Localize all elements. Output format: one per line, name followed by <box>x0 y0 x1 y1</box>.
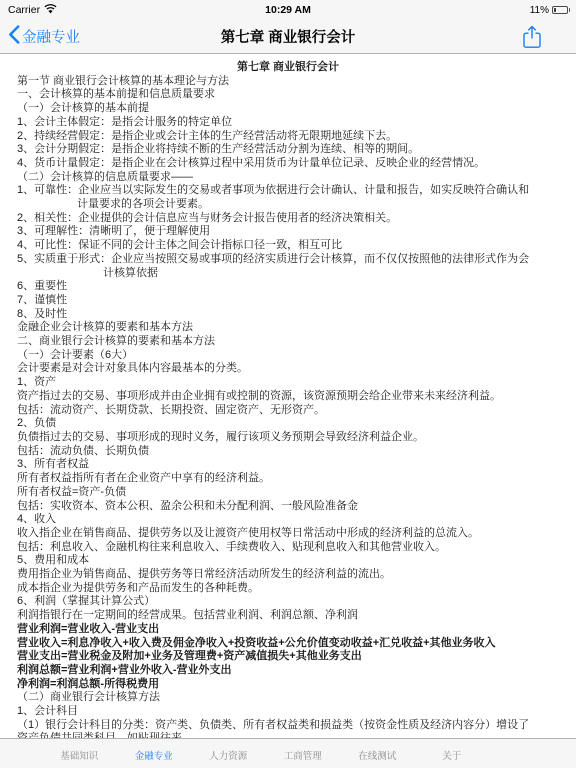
doc-line: 2、相关性：企业提供的会计信息应当与财务会计报告使用者的经济决策相关。 <box>17 212 570 226</box>
doc-line: （1）银行会计科目的分类：资产类、负债类、所有者权益类和损益类（按资金性质及经济… <box>17 719 570 733</box>
doc-line: 包括：流动负债、长期负债 <box>17 445 570 459</box>
share-icon <box>522 36 542 53</box>
doc-line: 2、负债 <box>17 417 570 431</box>
share-button[interactable] <box>522 25 542 49</box>
doc-line: 二、商业银行会计核算的要素和基本方法 <box>17 335 570 349</box>
tab-items: 基础知识金融专业人力资源工商管理在线测试关于 <box>42 739 489 768</box>
doc-line: 3、所有者权益 <box>17 458 570 472</box>
doc-line: 费用指企业为销售商品、提供劳务等日常经济活动所发生的经济利益的流出。 <box>17 568 570 582</box>
doc-line: 金融企业会计核算的要素和基本方法 <box>17 321 570 335</box>
doc-line: 包括：利息收入、金融机构往来利息收入、手续费收入、贴现利息收入和其他营业收入。 <box>17 541 570 555</box>
doc-line: （一）会计要素（6大） <box>17 349 570 363</box>
doc-line: 4、可比性：保证不同的会计主体之间会计指标口径一致，相互可比 <box>17 239 570 253</box>
doc-line: 5、费用和成本 <box>17 554 570 568</box>
doc-line: 计核算依据 <box>103 267 570 281</box>
doc-line: 负债指过去的交易、事项形成的现时义务，履行该项义务预期会导致经济利益企业。 <box>17 431 570 445</box>
doc-line: 7、谨慎性 <box>17 294 570 308</box>
tab-item-2[interactable]: 人力资源 <box>191 748 266 768</box>
document-scroll-area[interactable]: 第七章 商业银行会计第一节 商业银行会计核算的基本理论与方法一、会计核算的基本前… <box>0 54 576 738</box>
doc-line: 会计要素是对会计对象具体内容最基本的分类。 <box>17 362 570 376</box>
doc-line: 1、资产 <box>17 376 570 390</box>
doc-line: 3、会计分期假定：是指企业将持续不断的生产经营活动分割为连续、相等的期间。 <box>17 143 570 157</box>
doc-line: 资产指过去的交易、事项形成并由企业拥有或控制的资源，该资源预期会给企业带来未来经… <box>17 390 570 404</box>
back-chevron-icon <box>8 25 20 48</box>
tab-item-5[interactable]: 关于 <box>415 748 490 768</box>
tab-item-3[interactable]: 工商管理 <box>266 748 341 768</box>
tab-item-4[interactable]: 在线测试 <box>340 748 415 768</box>
doc-line: 包括：实收资本、资本公积、盈余公积和未分配利润、一般风险准备金 <box>17 500 570 514</box>
doc-line: 3、可理解性：清晰明了，便于理解使用 <box>17 225 570 239</box>
tab-bar: 基础知识金融专业人力资源工商管理在线测试关于 <box>0 738 576 768</box>
doc-line: 1、会计科目 <box>17 705 570 719</box>
navigation-bar: 金融专业 第七章 商业银行会计 <box>0 20 576 54</box>
doc-line: 成本指企业为提供劳务和产品而发生的各种耗费。 <box>17 582 570 596</box>
tab-item-1[interactable]: 金融专业 <box>117 748 192 768</box>
doc-line: 计量要求的各项会计要素。 <box>77 198 570 212</box>
doc-line: 5、实质重于形式：企业应当按照交易或事项的经济实质进行会计核算，而不仅仅按照他的… <box>17 253 570 267</box>
doc-line: 营业支出=营业税金及附加+业务及管理费+资产减值损失+其他业务支出 <box>17 650 570 664</box>
battery-icon <box>552 6 570 15</box>
doc-line: 所有者权益=资产-负债 <box>17 486 570 500</box>
doc-line: 8、及时性 <box>17 308 570 322</box>
doc-title: 第七章 商业银行会计 <box>0 61 576 75</box>
doc-line: 营业利润=营业收入-营业支出 <box>17 623 570 637</box>
tab-item-0[interactable]: 基础知识 <box>42 748 117 768</box>
status-bar: Carrier 10:29 AM 11% <box>0 0 576 20</box>
clock: 10:29 AM <box>0 0 576 20</box>
doc-line: 收入指企业在销售商品、提供劳务以及让渡资产使用权等日常活动中形成的经济利益的总流… <box>17 527 570 541</box>
doc-line: （一）会计核算的基本前提 <box>17 102 570 116</box>
page-title: 第七章 商业银行会计 <box>80 20 496 53</box>
doc-line: （二）商业银行会计核算方法 <box>17 691 570 705</box>
doc-line: 4、收入 <box>17 513 570 527</box>
doc-line: 利润指银行在一定期间的经营成果。包括营业利润、利润总额、净利润 <box>17 609 570 623</box>
doc-line: 一、会计核算的基本前提和信息质量要求 <box>17 88 570 102</box>
doc-line: 营业收入=利息净收入+收入费及佣金净收入+投资收益+公允价值变动收益+汇兑收益+… <box>17 637 570 651</box>
doc-line: 6、重要性 <box>17 280 570 294</box>
doc-line: 1、可靠性：企业应当以实际发生的交易或者事项为依据进行会计确认、计量和报告，如实… <box>17 184 570 198</box>
battery-percent-label: 11% <box>530 5 549 16</box>
doc-line: 第一节 商业银行会计核算的基本理论与方法 <box>17 75 570 89</box>
back-button[interactable]: 金融专业 <box>8 20 80 53</box>
doc-line: 所有者权益指所有者在企业资产中享有的经济利益。 <box>17 472 570 486</box>
document-lines: 第七章 商业银行会计第一节 商业银行会计核算的基本理论与方法一、会计核算的基本前… <box>0 54 576 738</box>
doc-line: 4、货币计量假定：是指企业在会计核算过程中采用货币为计量单位记录、反映企业的经营… <box>17 157 570 171</box>
doc-line: 利润总额=营业利润+营业外收入-营业外支出 <box>17 664 570 678</box>
back-button-label: 金融专业 <box>22 26 80 47</box>
doc-line: 2、持续经营假定：是指企业或会计主体的生产经营活动将无限期地延续下去。 <box>17 130 570 144</box>
doc-line: 包括：流动资产、长期贷款、长期投资、固定资产、无形资产。 <box>17 404 570 418</box>
doc-line: 1、会计主体假定：是指会计服务的特定单位 <box>17 116 570 130</box>
doc-line: 净利润=利润总额-所得税费用 <box>17 678 570 692</box>
doc-line: （二）会计核算的信息质量要求—— <box>17 171 570 185</box>
doc-line: 6、利润（掌握其计算公式） <box>17 595 570 609</box>
